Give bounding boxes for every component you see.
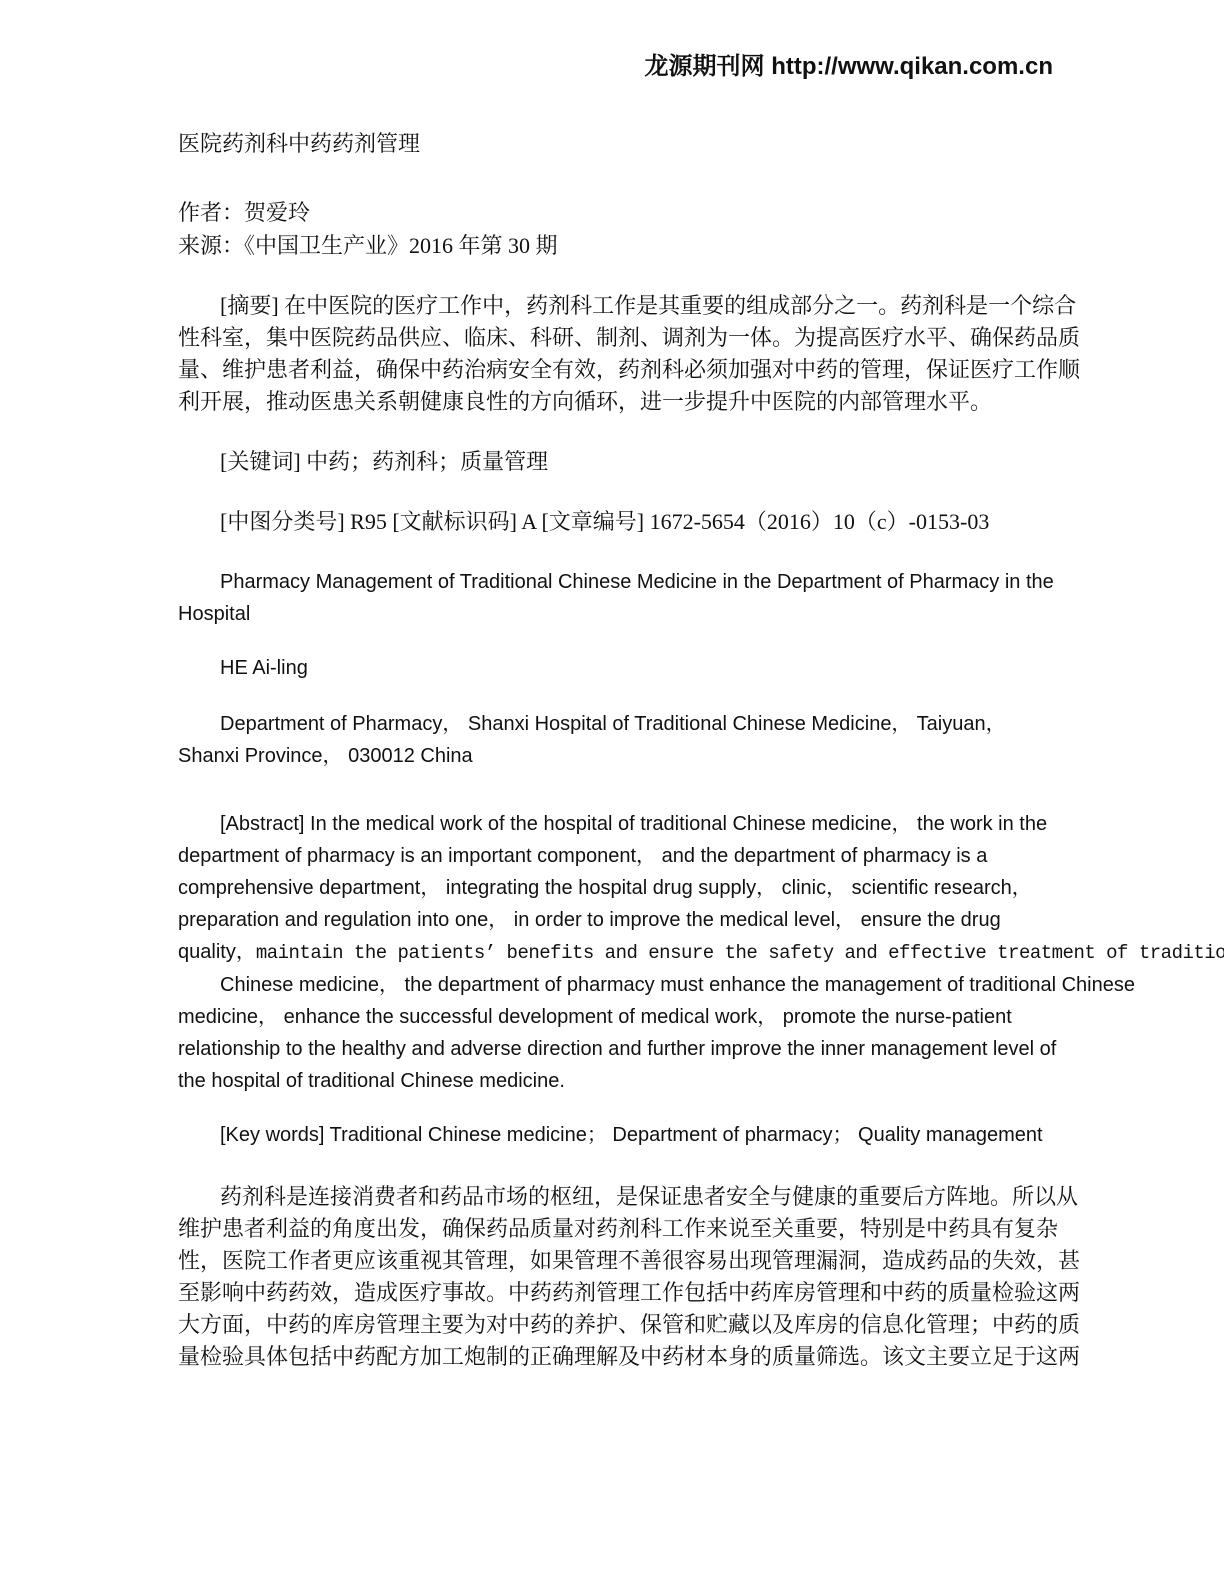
abstract-english-bottom-lines: Chinese medicine， the department of phar… [178, 969, 1046, 1097]
text-line: 利开展，推动医患关系朝健康良性的方向循环，进一步提升中医院的内部管理水平。 [178, 386, 1046, 418]
byline-block: 作者：贺爱玲 来源：《中国卫生产业》2016 年第 30 期 [178, 196, 1046, 262]
text-line: [Abstract] In the medical work of the ho… [178, 808, 1046, 840]
text-line: Pharmacy Management of Traditional Chine… [178, 566, 1046, 598]
document-page: 龙源期刊网 http://www.qikan.com.cn 医院药剂科中药药剂管… [0, 0, 1224, 1584]
title-english: Pharmacy Management of Traditional Chine… [178, 566, 1046, 630]
text-line: preparation and regulation into one， in … [178, 904, 1046, 936]
article-title: 医院药剂科中药药剂管理 [178, 128, 1046, 160]
abstract-english-top-lines: [Abstract] In the medical work of the ho… [178, 808, 1046, 936]
keywords-chinese: [关键词] 中药；药剂科；质量管理 [178, 446, 1046, 478]
text-line: 量检验具体包括中药配方加工炮制的正确理解及中药材本身的质量筛选。该文主要立足于这… [178, 1341, 1046, 1373]
source-line: 来源：《中国卫生产业》2016 年第 30 期 [178, 229, 1046, 262]
text-line: 量、维护患者利益，确保中药治病安全有效，药剂科必须加强对中药的管理，保证医疗工作… [178, 354, 1046, 386]
keywords-english: [Key words] Traditional Chinese medicine… [178, 1119, 1046, 1151]
text-line: 性，医院工作者更应该重视其管理，如果管理不善很容易出现管理漏洞，造成药品的失效，… [178, 1245, 1046, 1277]
text-line: comprehensive department， integrating th… [178, 872, 1046, 904]
text-line: department of pharmacy is an important c… [178, 840, 1046, 872]
text-line: 大方面，中药的库房管理主要为对中药的养护、保管和贮藏以及库房的信息化管理；中药的… [178, 1309, 1046, 1341]
text-line: Chinese medicine， the department of phar… [178, 969, 1046, 1001]
site-header: 龙源期刊网 http://www.qikan.com.cn [0, 0, 1224, 82]
text-line: 性科室，集中医院药品供应、临床、科研、制剂、调剂为一体。为提高医疗水平、确保药品… [178, 322, 1046, 354]
text-line: the hospital of traditional Chinese medi… [178, 1065, 1046, 1097]
abstract-english-mixed-line: quality，maintain the patients’ benefits … [178, 936, 1046, 969]
text-line: 药剂科是连接消费者和药品市场的枢纽，是保证患者安全与健康的重要后方阵地。所以从 [178, 1181, 1046, 1213]
abstract-chinese: [摘要] 在中医院的医疗工作中，药剂科工作是其重要的组成部分之一。药剂科是一个综… [178, 290, 1046, 418]
abstract-english: [Abstract] In the medical work of the ho… [178, 808, 1046, 1097]
article-content: 医院药剂科中药药剂管理 作者：贺爱玲 来源：《中国卫生产业》2016 年第 30… [178, 128, 1046, 1373]
mixed-line-mono-segment: maintain the patients’ benefits and ensu… [256, 942, 1224, 964]
classification-line: [中图分类号] R95 [文献标识码] A [文章编号] 1672-5654（2… [178, 506, 1046, 538]
mixed-line-sans-segment: quality， [178, 941, 256, 963]
text-line: Department of Pharmacy， Shanxi Hospital … [178, 708, 1046, 740]
body-paragraph: 药剂科是连接消费者和药品市场的枢纽，是保证患者安全与健康的重要后方阵地。所以从维… [178, 1181, 1046, 1373]
text-line: 维护患者利益的角度出发，确保药品质量对药剂科工作来说至关重要，特别是中药具有复杂 [178, 1213, 1046, 1245]
text-line: medicine， enhance the successful develop… [178, 1001, 1046, 1033]
text-line: 至影响中药药效，造成医疗事故。中药药剂管理工作包括中药库房管理和中药的质量检验这… [178, 1277, 1046, 1309]
author-english: HE Ai-ling [178, 652, 1046, 684]
text-line: Hospital [178, 598, 1046, 630]
text-line: Shanxi Province， 030012 China [178, 740, 1046, 772]
text-line: [摘要] 在中医院的医疗工作中，药剂科工作是其重要的组成部分之一。药剂科是一个综… [178, 290, 1046, 322]
author-line: 作者：贺爱玲 [178, 196, 1046, 229]
affiliation-english: Department of Pharmacy， Shanxi Hospital … [178, 708, 1046, 772]
text-line: relationship to the healthy and adverse … [178, 1033, 1046, 1065]
